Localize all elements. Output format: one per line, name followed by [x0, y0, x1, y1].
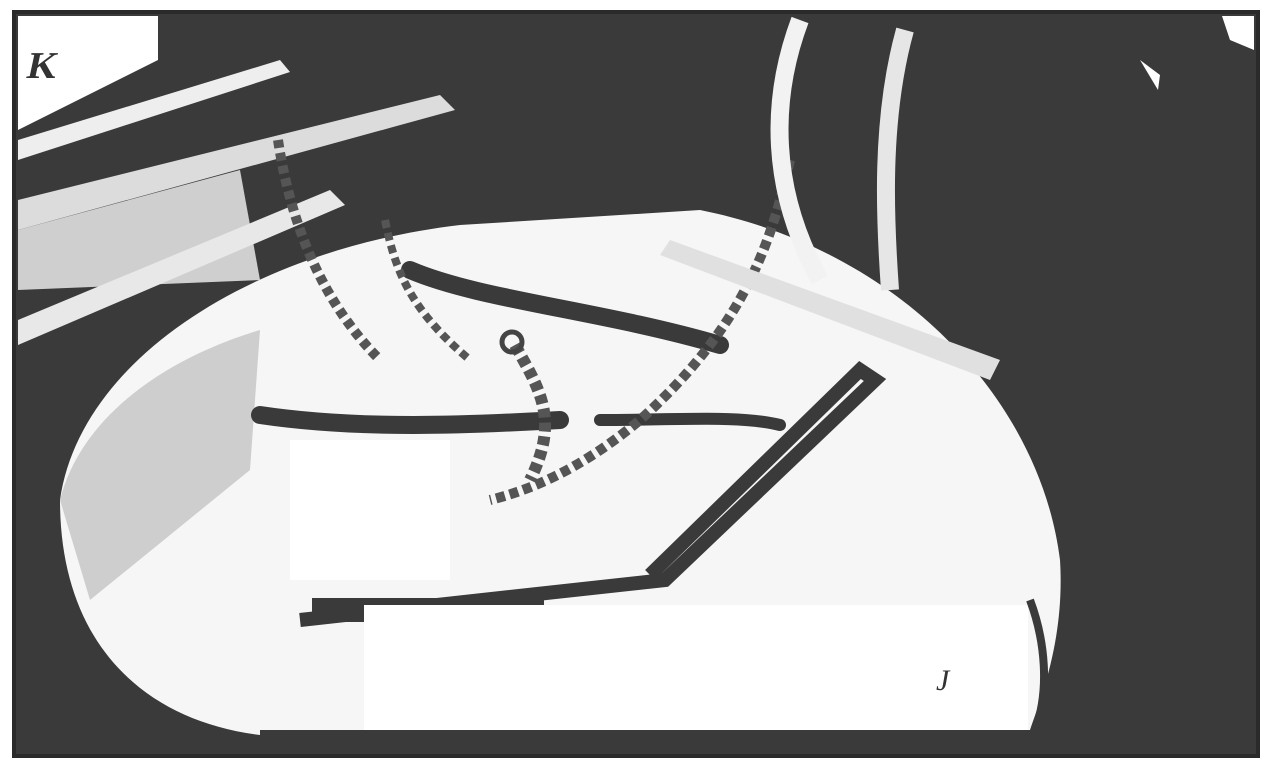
redaction-bar-2	[260, 730, 1028, 756]
blank-panel	[364, 605, 1028, 730]
panel-label-j: J	[936, 664, 949, 698]
photograph	[0, 0, 1264, 764]
